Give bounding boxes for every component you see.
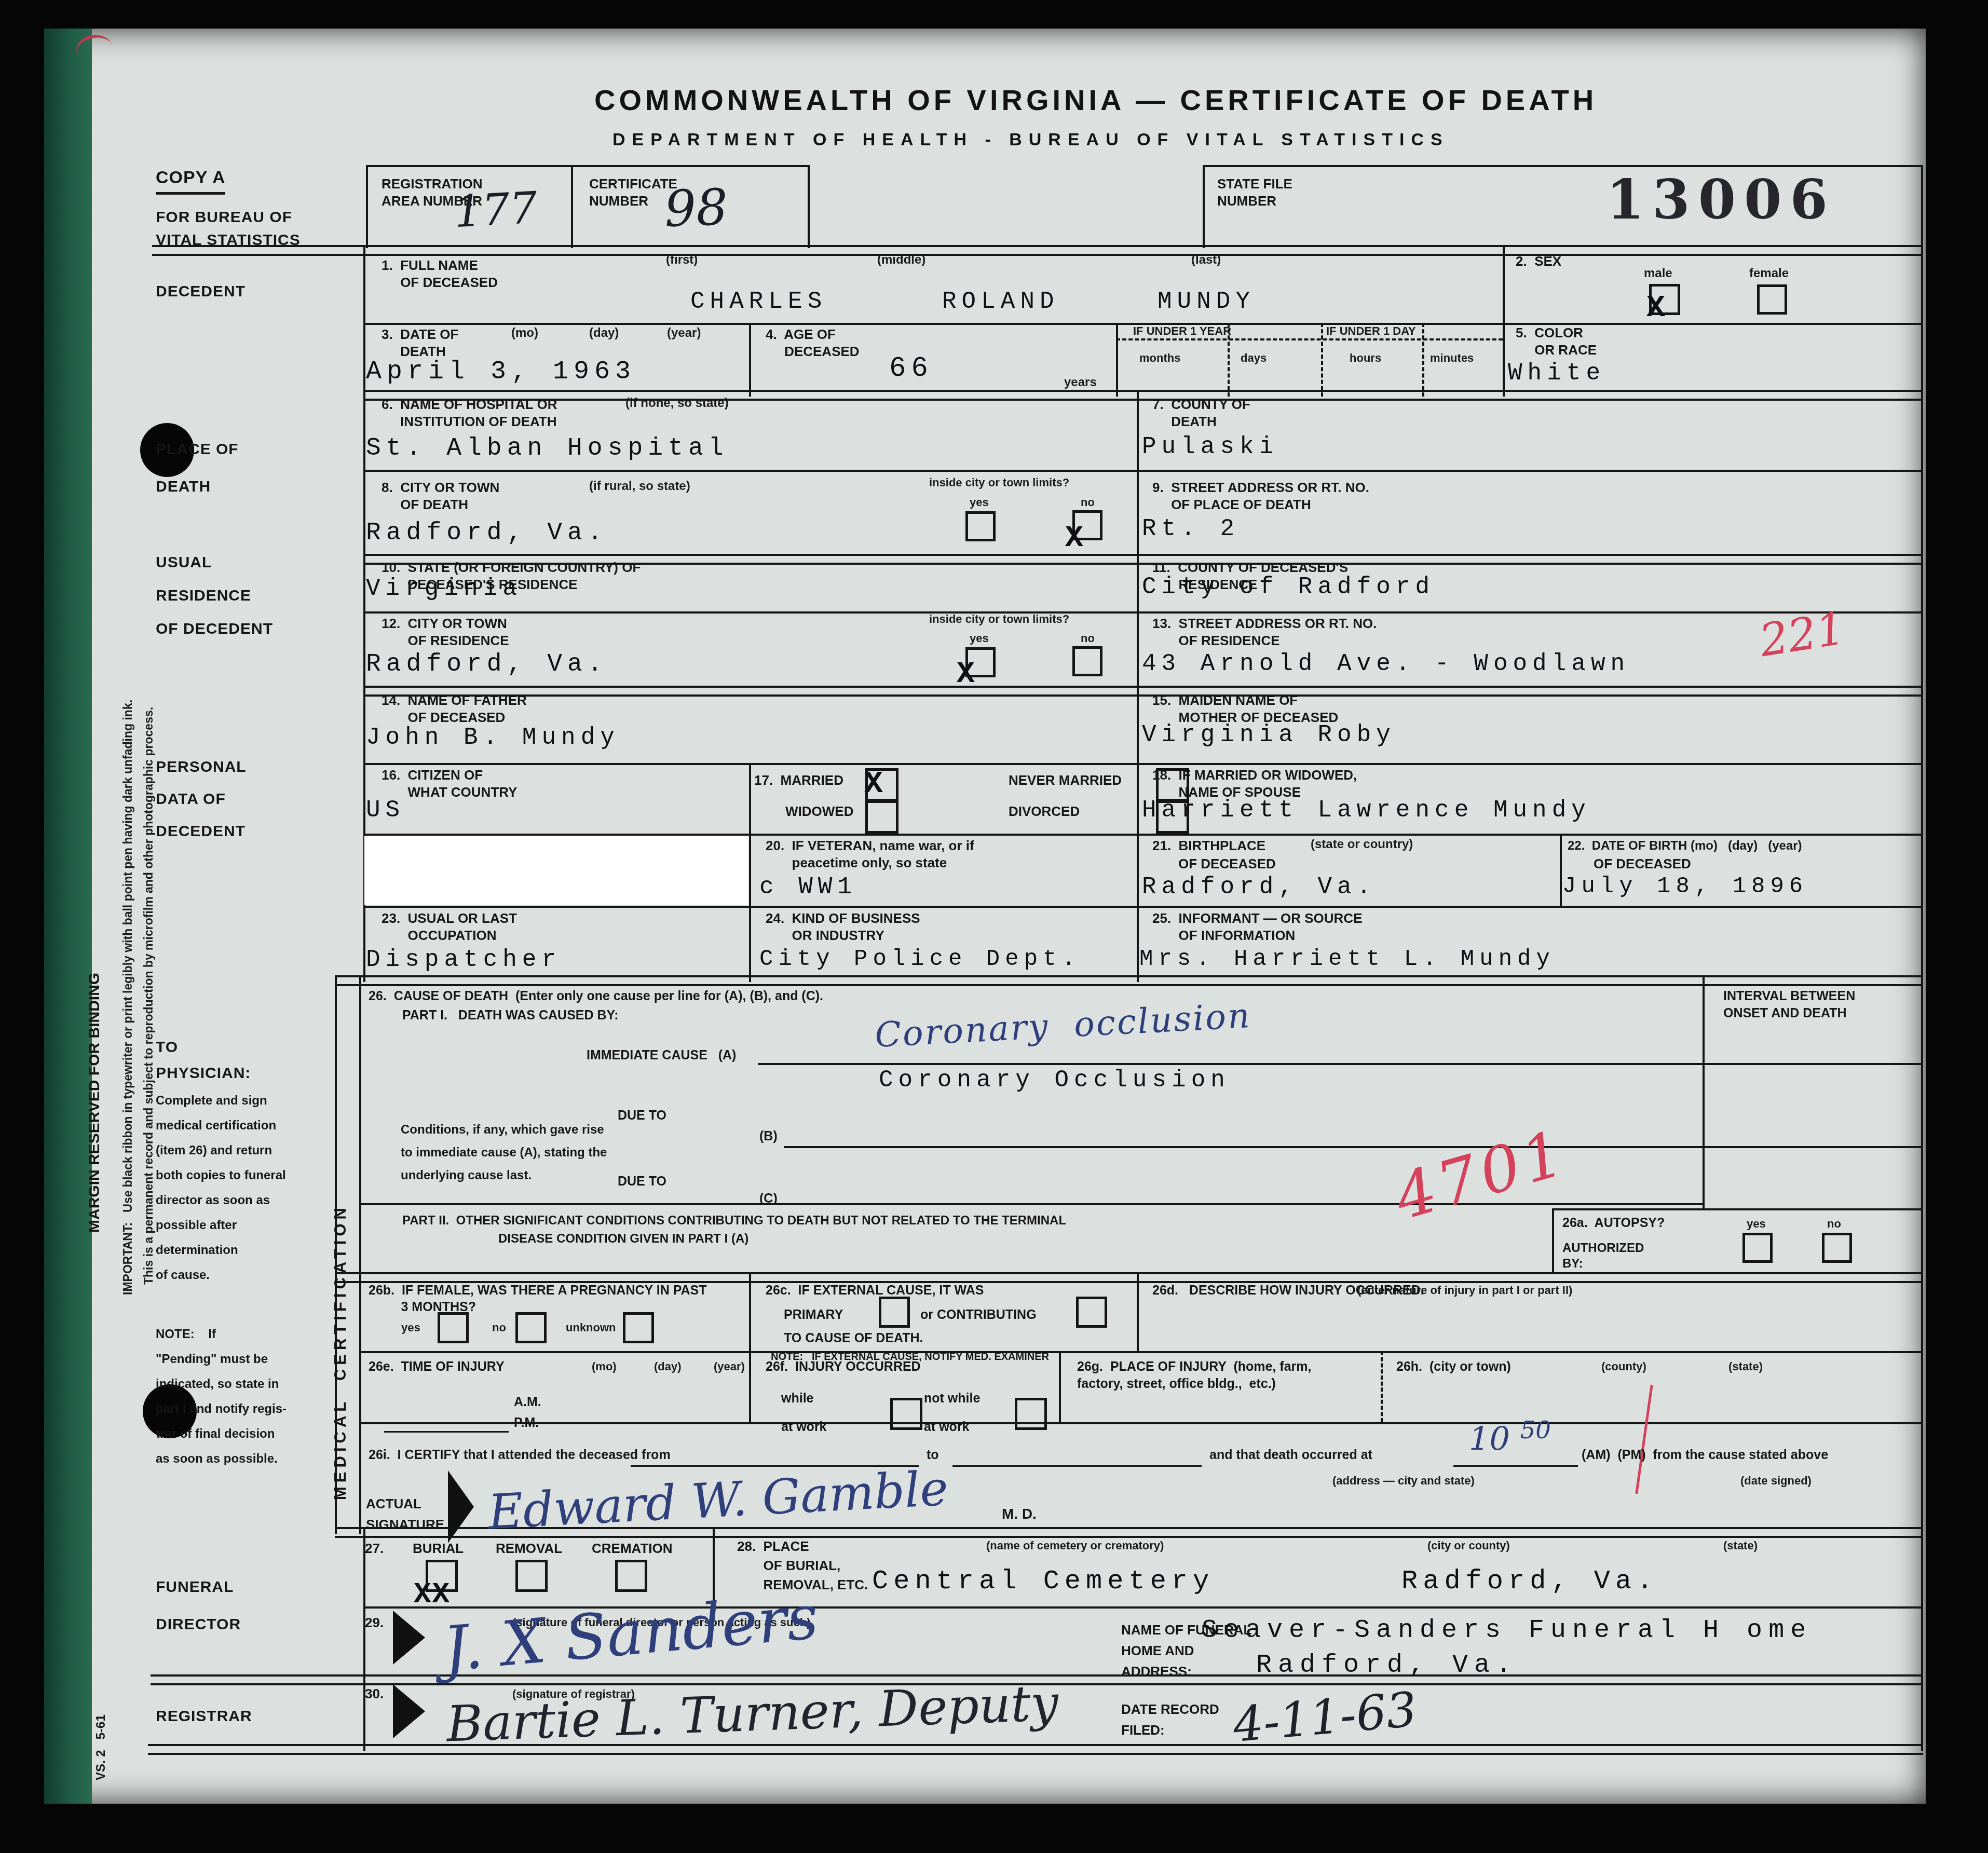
rule (363, 906, 1923, 908)
md-label: M. D. (1002, 1505, 1037, 1522)
divorced-label: DIVORCED (1009, 803, 1080, 820)
margin-permanent-text: This is a permanent record and subject t… (142, 496, 156, 1285)
color-race-value: White (1508, 360, 1605, 387)
pregnancy-unknown-checkbox (623, 1312, 654, 1343)
side-personal-data: PERSONAL DATA OF DECEDENT (156, 759, 247, 839)
actual-signature-label: ACTUAL SIGNATURE (366, 1493, 444, 1535)
field-2-label: 2. SEX (1516, 253, 1561, 270)
rule (784, 1146, 1923, 1148)
decedent-middle-name: ROLAND (942, 288, 1059, 315)
autopsy-yes-label: yes (1747, 1217, 1766, 1231)
margin-binding-text: MARGIN RESERVED FOR BINDING (86, 548, 103, 1233)
field-26b-label: 26b. IF FEMALE, WAS THERE A PREGNANCY IN… (369, 1282, 706, 1315)
rule (1116, 338, 1503, 340)
part-2-line2: DISEASE CONDITION GIVEN IN PART I (A) (498, 1230, 748, 1247)
copy-a-label: COPY A (156, 168, 225, 195)
rule (359, 1351, 1923, 1353)
side-funeral-director: FUNERAL DIRECTOR (156, 1578, 241, 1634)
field-26h-label: 26h. (city or town) (1396, 1358, 1511, 1375)
day-header: (day) (589, 326, 619, 340)
rule (952, 1465, 1202, 1467)
contributing-label: or CONTRIBUTING (920, 1306, 1037, 1324)
cremation-checkbox (615, 1560, 647, 1592)
field-20-label: 20. IF VETERAN, name war, or if peacetim… (766, 837, 974, 871)
cause-handwritten: Coronary occlusion (874, 996, 1252, 1055)
rule (1137, 390, 1139, 982)
field-5-label: 5. COLOR OR RACE (1516, 324, 1597, 359)
limits-question-8: inside city or town limits? (929, 476, 1069, 489)
rule (1552, 1208, 1554, 1272)
interval-label: INTERVAL BETWEEN ONSET AND DEATH (1723, 988, 1855, 1022)
married-mark: X (864, 767, 883, 802)
field-26g-label: 26g. PLACE OF INJURY (home, farm, factor… (1077, 1358, 1311, 1393)
rule (1137, 1272, 1139, 1351)
while-at-work-label: while at work (781, 1384, 827, 1441)
county-of-death-value: Pulaski (1142, 433, 1278, 460)
rule (363, 834, 1923, 836)
address-note: (address — city and state) (1332, 1474, 1475, 1488)
part-2-line1: PART II. OTHER SIGNIFICANT CONDITIONS CO… (402, 1212, 1066, 1229)
field-23-label: 23. USUAL OR LAST OCCUPATION (382, 910, 517, 944)
field-26d-note: (enter nature of injury in part I or par… (1357, 1284, 1572, 1297)
rule (749, 763, 751, 982)
signature-arrow-icon (393, 1611, 425, 1665)
city-of-death-value: Radford, Va. (366, 519, 608, 547)
cemetery-note: (name of cemetery or crematory) (986, 1539, 1164, 1552)
death-occurred-text: and that death occurred at (1209, 1447, 1372, 1464)
field-26f-label: 26f. INJURY OCCURRED (766, 1358, 921, 1375)
side-medical-certification: MEDICAL CERTIFICATION (331, 1106, 350, 1500)
side-usual-residence: USUAL RESIDENCE OF DECEDENT (156, 554, 273, 637)
father-name-value: John B. Mundy (366, 724, 620, 751)
rule (384, 1431, 509, 1433)
county-header-26h: (county) (1601, 1360, 1646, 1373)
field-27-number: 27. (365, 1540, 384, 1557)
rule (363, 686, 1923, 697)
limits-12-no-label: no (1081, 632, 1095, 645)
rule (1422, 323, 1424, 397)
primary-label: PRIMARY (784, 1306, 843, 1324)
field-3-label: 3. DATE OF DEATH (382, 326, 458, 360)
rule (366, 165, 810, 167)
limits-8-no-label: no (1081, 496, 1095, 509)
date-filed-value: 4-11-63 (1231, 1682, 1419, 1753)
widowed-checkbox (865, 800, 898, 834)
rule (335, 1272, 1923, 1283)
rule (749, 1272, 751, 1422)
time-hours: 10 (1469, 1420, 1510, 1457)
scanned-death-certificate: COMMONWEALTH OF VIRGINIA — CERTIFICATE O… (0, 0, 1988, 1853)
first-header: (first) (666, 253, 698, 267)
mother-name-value: Virginia Roby (1142, 721, 1396, 748)
autopsy-no-label: no (1827, 1217, 1841, 1231)
if-under-1-year-label: IF UNDER 1 YEAR (1133, 324, 1231, 338)
never-married-label: NEVER MARRIED (1009, 772, 1122, 789)
form-code: VS. 2 5-61 (94, 1645, 108, 1780)
pregnancy-yes-checkbox (438, 1312, 469, 1343)
street-residence-value: 43 Arnold Ave. - Woodlawn (1142, 650, 1630, 677)
burial-city-value: Radford, Va. (1401, 1566, 1658, 1597)
field-29-number: 29. (365, 1614, 384, 1631)
injury-day: (day) (654, 1360, 682, 1373)
while-at-work-checkbox (890, 1398, 922, 1430)
field-6-note: (if none, so state) (625, 396, 729, 411)
cause-c-label: (C) (759, 1190, 778, 1207)
immediate-cause-label: IMMEDIATE CAUSE (A) (587, 1047, 736, 1064)
rule (363, 1527, 365, 1751)
due-to-2: DUE TO (618, 1173, 666, 1190)
rule (1321, 323, 1323, 397)
registration-area-value: 177 (453, 182, 539, 237)
minutes-label: minutes (1430, 351, 1474, 365)
rule (335, 975, 1923, 986)
year-header: (year) (667, 326, 701, 340)
cemetery-value: Central Cemetery (872, 1566, 1214, 1597)
pregnancy-no-checkbox (515, 1312, 547, 1343)
rule (1552, 1208, 1923, 1210)
rule (1203, 165, 1205, 248)
certificate-paper: COMMONWEALTH OF VIRGINIA — CERTIFICATE O… (44, 29, 1926, 1804)
funeral-home-city: Radford, Va. (1256, 1651, 1518, 1680)
rule (749, 323, 751, 397)
rule (1560, 834, 1562, 906)
side-decedent: DECEDENT (156, 283, 246, 301)
field-16-label: 16. CITIZEN OF WHAT COUNTRY (382, 767, 517, 801)
hospital-value: St. Alban Hospital (366, 434, 728, 462)
removal-checkbox (515, 1560, 548, 1592)
field-26e-label: 26e. TIME OF INJURY (369, 1358, 505, 1375)
male-label: male (1644, 266, 1672, 281)
primary-checkbox (879, 1297, 910, 1328)
authorized-by-label: AUTHORIZED BY: (1562, 1241, 1644, 1272)
field-21-sub: OF DECEASED (1178, 855, 1276, 873)
field-1-label: 1. FULL NAME OF DECEASED (382, 257, 498, 291)
pregnancy-unknown-label: unknown (566, 1321, 616, 1334)
time-minutes: 50 (1520, 1416, 1551, 1444)
physician-instructions: Complete and sign medical certification … (156, 1088, 286, 1288)
conditions-note: Conditions, if any, which gave rise to i… (401, 1119, 607, 1187)
funeral-director-signature: J. X Sanders (440, 1581, 821, 1685)
autopsy-no-checkbox (1822, 1233, 1852, 1263)
autopsy-yes-checkbox (1742, 1233, 1773, 1263)
funeral-home-name: Seaver-Sanders Funeral H ome (1202, 1616, 1812, 1645)
rule (152, 245, 1923, 256)
rule (1921, 165, 1923, 1751)
decedent-last-name: MUNDY (1158, 288, 1255, 315)
county-residence-value: City of Radford (1142, 574, 1435, 601)
city-residence-value: Radford, Va. (366, 650, 608, 678)
am-label: A.M. (514, 1394, 541, 1411)
side-to-physician: TO PHYSICIAN: (156, 1034, 251, 1086)
rule (808, 165, 810, 248)
contributing-checkbox (1076, 1297, 1107, 1328)
limits-12-yes-label: yes (970, 632, 989, 645)
street-of-death-value: Rt. 2 (1142, 515, 1240, 542)
rule (363, 611, 1923, 614)
ampm-text: (AM) (PM) from the cause stated above (1582, 1447, 1828, 1464)
binding-strip (44, 29, 92, 1804)
due-to-1: DUE TO (618, 1107, 666, 1124)
injury-year: (year) (714, 1360, 745, 1373)
rule (1381, 1351, 1383, 1422)
months-label: months (1139, 351, 1180, 365)
days-label: days (1241, 351, 1267, 365)
state-file-label: STATE FILE NUMBER (1217, 175, 1292, 210)
field-17-married-label: 17. MARRIED (754, 772, 843, 789)
female-label: female (1749, 266, 1789, 281)
pregnancy-no-label: no (492, 1321, 506, 1334)
signature-arrow-icon (448, 1470, 474, 1543)
field-13-label: 13. STREET ADDRESS OR RT. NO. OF RESIDEN… (1152, 615, 1377, 649)
rule (359, 975, 361, 1534)
time-of-death-value: 10 50 (1469, 1420, 1551, 1457)
hours-label: hours (1350, 351, 1381, 365)
occupation-value: Dispatcher (366, 946, 561, 973)
field-18-label: 18. IF MARRIED OR WIDOWED, NAME OF SPOUS… (1152, 767, 1357, 801)
pregnancy-yes-label: yes (401, 1321, 420, 1334)
injury-mo: (mo) (592, 1360, 617, 1373)
limits-8-yes-label: yes (970, 496, 989, 509)
field-21-note: (state or country) (1311, 837, 1413, 852)
white-out-block (364, 836, 748, 905)
field-7-label: 7. COUNTY OF DEATH (1152, 396, 1250, 430)
rule (366, 165, 368, 248)
limits-8-yes-checkbox (965, 511, 996, 541)
rule (1453, 1465, 1578, 1467)
not-while-at-work-checkbox (1015, 1398, 1047, 1430)
limits-12-yes-mark: X (957, 658, 975, 691)
rule (1203, 165, 1923, 167)
field-4-label: 4. AGE OF DECEASED (766, 326, 860, 360)
field-30-number: 30. (365, 1685, 384, 1702)
female-checkbox (1757, 284, 1787, 315)
cause-typed: Coronary Occlusion (879, 1067, 1230, 1094)
field-22-label: 22. DATE OF BIRTH (mo) (day) (year) (1568, 837, 1802, 854)
to-cause-of-death-label: TO CAUSE OF DEATH. (784, 1330, 923, 1347)
page-title: COMMONWEALTH OF VIRGINIA — CERTIFICATE O… (594, 83, 1597, 117)
veteran-value: c WW1 (759, 874, 857, 901)
field-9-label: 9. STREET ADDRESS OR RT. NO. OF PLACE OF… (1152, 479, 1369, 513)
rule (359, 1422, 1923, 1424)
limits-8-no-mark: X (1065, 522, 1083, 555)
male-check-mark: X (1646, 291, 1665, 326)
field-25-label: 25. INFORMANT — OR SOURCE OF INFORMATION (1152, 910, 1362, 944)
mo-header: (mo) (511, 326, 538, 340)
rule (363, 390, 1923, 401)
date-of-birth-value: July 18, 1896 (1562, 874, 1808, 900)
pending-note: NOTE: If "Pending" must be indicated, so… (156, 1322, 287, 1472)
widowed-label: WIDOWED (785, 803, 853, 820)
field-8-note: (if rural, so state) (589, 479, 690, 494)
pm-label: P.M. (514, 1414, 539, 1432)
decedent-first-name: CHARLES (690, 288, 827, 315)
rule (571, 165, 573, 248)
certificate-number-value: 98 (663, 178, 729, 238)
business-value: City Police Dept. (759, 946, 1081, 972)
rule (1503, 245, 1505, 397)
rule (335, 975, 337, 1534)
field-22-sub: OF DECEASED (1594, 855, 1691, 873)
last-header: (last) (1191, 253, 1221, 267)
field-26c-label: 26c. IF EXTERNAL CAUSE, IT WAS (766, 1282, 984, 1299)
red-slash-mark (1635, 1385, 1653, 1494)
rule (1116, 323, 1118, 397)
field-12-label: 12. CITY OR TOWN OF RESIDENCE (382, 615, 509, 649)
cremation-label: CREMATION (592, 1540, 673, 1557)
field-14-label: 14. NAME OF FATHER OF DECEASED (382, 692, 527, 726)
part-1-label: PART I. DEATH WAS CAUSED BY: (402, 1007, 619, 1024)
birthplace-value: Radford, Va. (1142, 874, 1376, 901)
if-under-1-day-label: IF UNDER 1 DAY (1326, 324, 1416, 338)
field-26-header: 26. CAUSE OF DEATH (Enter only one cause… (369, 988, 823, 1005)
state-header-26h: (state) (1728, 1360, 1763, 1373)
field-21-label: 21. BIRTHPLACE (1152, 837, 1265, 854)
margin-important-text: IMPORTANT: Use black ribbon in typewrite… (121, 485, 135, 1295)
informant-value: Mrs. Harriett L. Mundy (1139, 946, 1555, 972)
date-signed-note: (date signed) (1740, 1474, 1812, 1488)
red-annotation-4701: 4701 (1387, 1116, 1575, 1234)
side-registrar: REGISTRAR (156, 1708, 252, 1725)
rule (758, 1063, 1923, 1065)
burial-label: BURIAL (413, 1540, 464, 1557)
citizen-value: US (366, 797, 405, 824)
side-place-of-death: PLACE OF DEATH (156, 440, 239, 496)
state-file-number: 13006 (1606, 168, 1836, 231)
rule (1703, 975, 1705, 1208)
years-unit: years (1064, 375, 1097, 390)
limits-12-no-checkbox (1072, 646, 1102, 676)
removal-label: REMOVAL (496, 1540, 562, 1557)
not-while-at-work-label: not while at work (924, 1384, 980, 1441)
spouse-name-value: Harriett Lawrence Mundy (1142, 797, 1591, 824)
page-subtitle: DEPARTMENT OF HEALTH - BUREAU OF VITAL S… (612, 130, 1449, 150)
middle-header: (middle) (877, 253, 925, 267)
field-26a-label: 26a. AUTOPSY? (1562, 1215, 1665, 1232)
burial-mark: XX (414, 1578, 451, 1611)
field-24-label: 24. KIND OF BUSINESS OR INDUSTRY (766, 910, 920, 944)
date-of-death-value: April 3, 1963 (366, 357, 636, 387)
state-residence-value: Virginia (366, 575, 522, 602)
rule (363, 470, 1923, 472)
cause-b-label: (B) (759, 1128, 778, 1145)
limits-question-12: inside city or town limits? (929, 612, 1069, 626)
signature-arrow-icon (393, 1684, 425, 1738)
state-note-28: (state) (1723, 1539, 1758, 1552)
field-8-label: 8. CITY OR TOWN OF DEATH (382, 479, 499, 513)
city-county-note: (city or county) (1427, 1539, 1510, 1552)
rule (1059, 1351, 1061, 1422)
field-6-label: 6. NAME OF HOSPITAL OR INSTITUTION OF DE… (382, 396, 557, 430)
date-filed-label: DATE RECORD FILED: (1121, 1699, 1219, 1740)
rule (148, 1744, 1923, 1755)
registrar-signature: Bartie L. Turner, Deputy (445, 1674, 1059, 1753)
rule (363, 763, 1923, 765)
certify-text: 26i. I CERTIFY that I attended the decea… (369, 1447, 671, 1464)
age-value: 66 (889, 353, 933, 385)
